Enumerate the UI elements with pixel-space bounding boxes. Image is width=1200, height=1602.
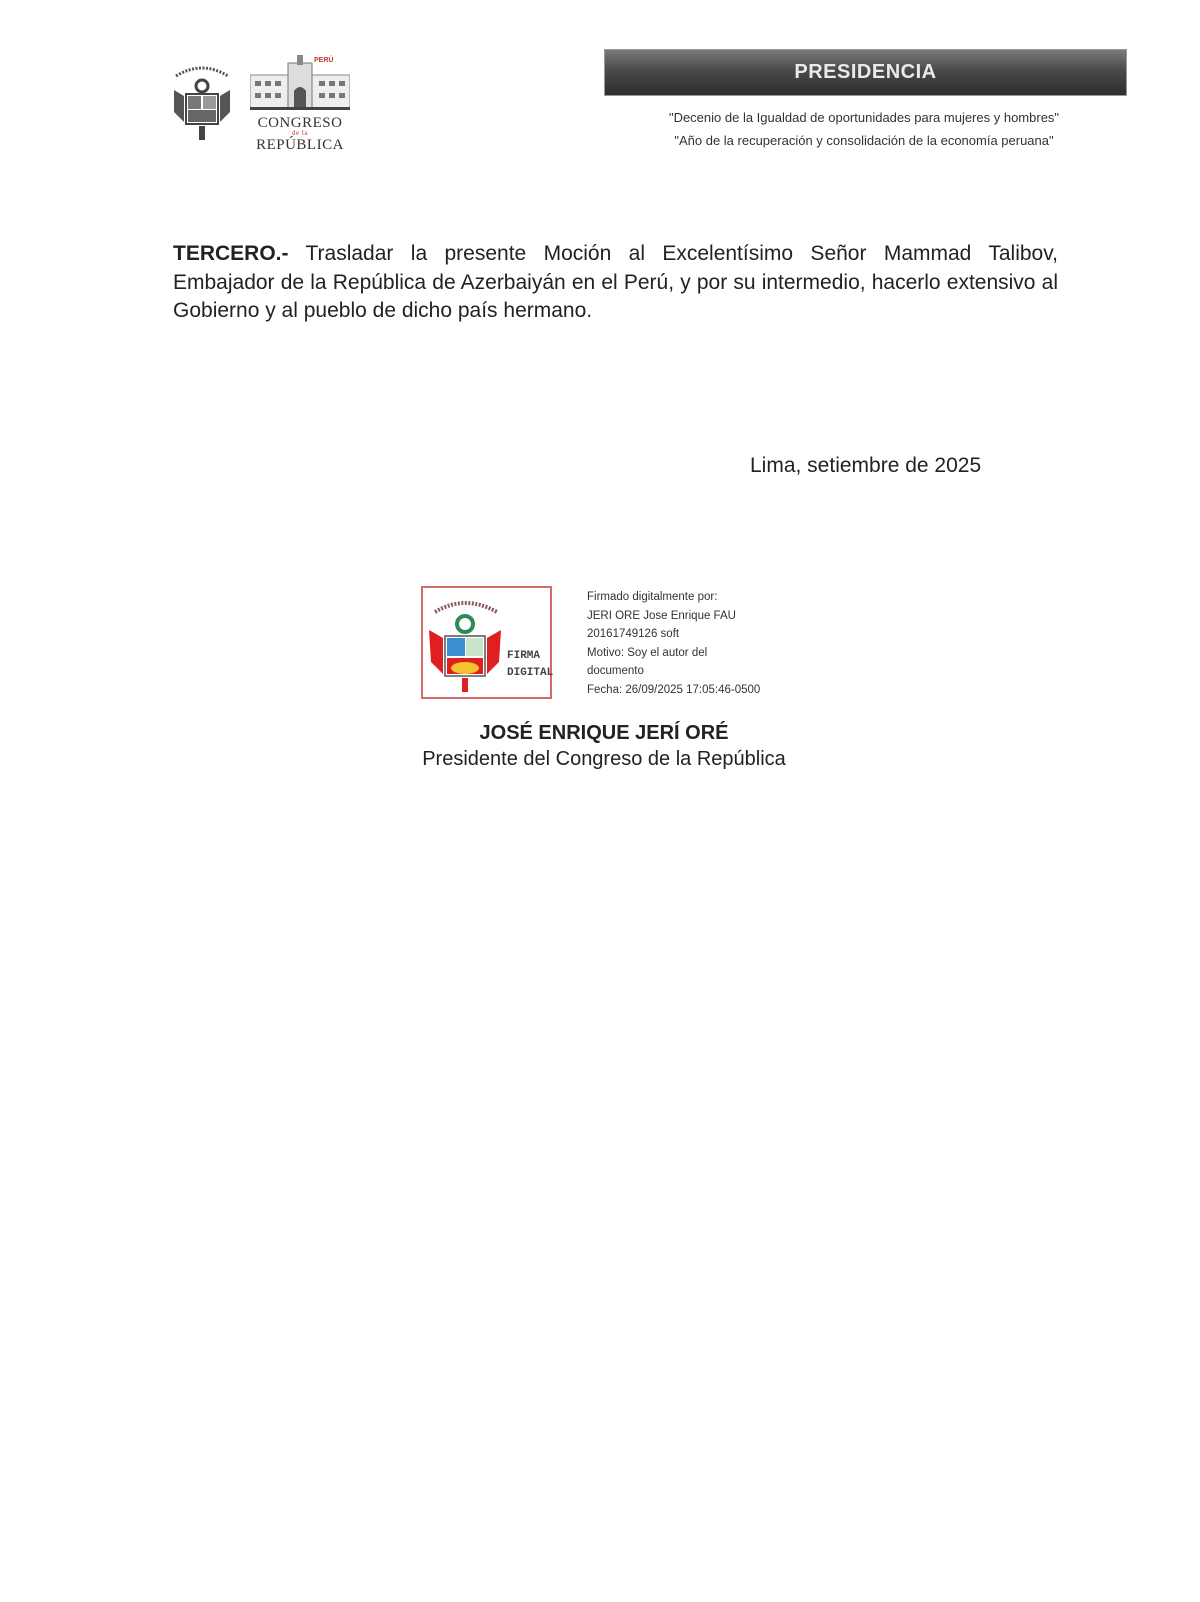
logo-de-la-text: de la	[250, 129, 350, 137]
signature-info: Firmado digitalmente por: JERI ORE Jose …	[587, 588, 760, 699]
signer-title: Presidente del Congreso de la República	[300, 748, 908, 771]
sig-info-line: 20161749126 soft	[587, 625, 760, 644]
banner-title: PRESIDENCIA	[794, 61, 936, 84]
firma-digital-label: FIRMA DIGITAL	[507, 648, 553, 682]
mottos: "Decenio de la Igualdad de oportunidades…	[590, 106, 1138, 152]
congreso-logo: PERÚ CONGRESO de la REPÚBLICA	[250, 55, 350, 155]
sig-info-line: JERI ORE Jose Enrique FAU	[587, 607, 760, 626]
sig-info-line: Fecha: 26/09/2025 17:05:46-0500	[587, 681, 760, 700]
motto-line-1: "Decenio de la Igualdad de oportunidades…	[590, 106, 1138, 129]
clause-label: TERCERO.-	[173, 242, 289, 265]
congress-building-icon	[250, 55, 350, 113]
digital-signature-stamp: FIRMA DIGITAL	[421, 586, 552, 699]
place-date: Lima, setiembre de 2025	[750, 454, 981, 478]
motto-line-2: "Año de la recuperación y consolidación …	[590, 129, 1138, 152]
sig-info-line: Motivo: Soy el autor del	[587, 644, 760, 663]
sig-info-line: documento	[587, 662, 760, 681]
peru-coat-of-arms-logo	[170, 62, 234, 144]
peru-shield-color-icon	[425, 590, 509, 698]
sig-info-line: Firmado digitalmente por:	[587, 588, 760, 607]
coat-of-arms-icon	[170, 62, 234, 144]
signer-name: JOSÉ ENRIQUE JERÍ ORÉ	[300, 722, 908, 745]
logo-republica-text: REPÚBLICA	[250, 137, 350, 154]
clause-paragraph: TERCERO.- Trasladar la presente Moción a…	[173, 240, 1058, 326]
presidencia-banner: PRESIDENCIA	[604, 49, 1127, 96]
clause-text: Trasladar la presente Moción al Excelent…	[173, 242, 1058, 322]
peru-tag: PERÚ	[314, 57, 333, 64]
